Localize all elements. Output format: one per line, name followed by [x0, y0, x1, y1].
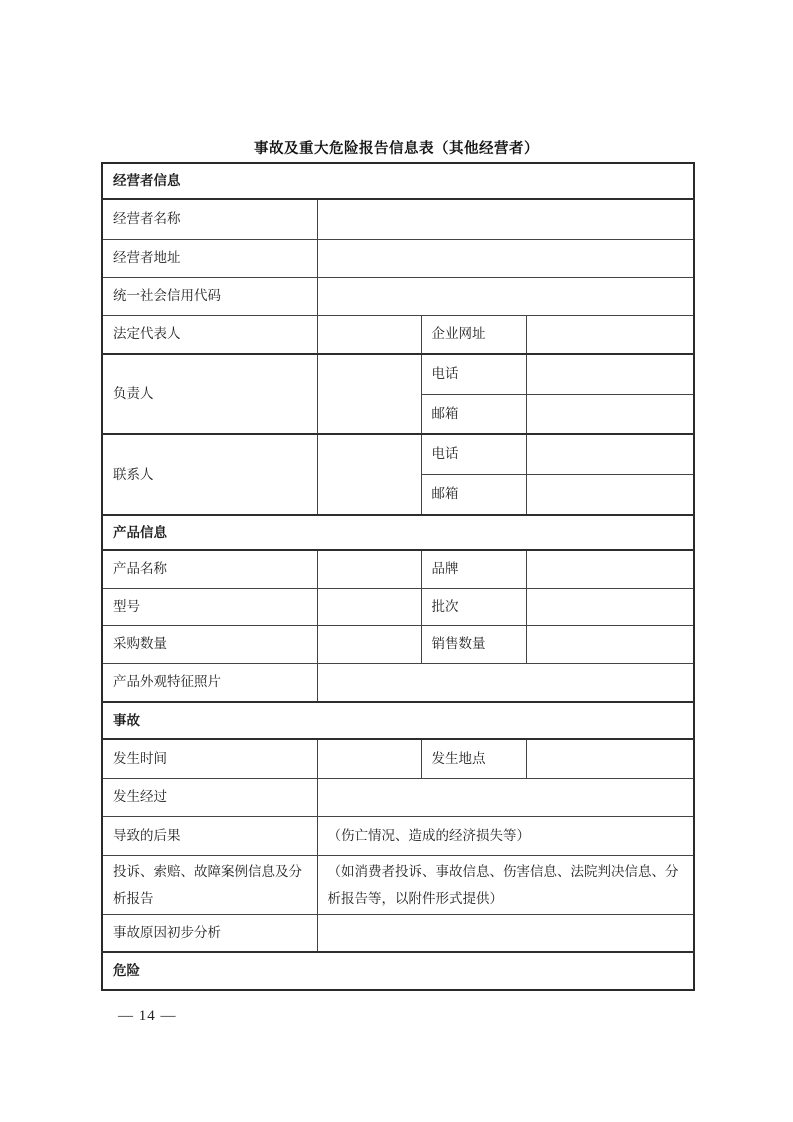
- product-photos-input[interactable]: [317, 663, 694, 702]
- accident-time-label: 发生时间: [102, 739, 317, 778]
- consequence-label: 导致的后果: [102, 816, 317, 855]
- accident-course-input[interactable]: [317, 778, 694, 816]
- model-label: 型号: [102, 588, 317, 625]
- website-label: 企业网址: [421, 315, 526, 354]
- manager-phone-input[interactable]: [526, 354, 694, 394]
- product-info-section-header: 产品信息: [102, 515, 694, 550]
- cases-info-label: 投诉、索赔、故障案例信息及分析报告: [102, 855, 317, 914]
- website-input[interactable]: [526, 315, 694, 354]
- accident-section-header: 事故: [102, 702, 694, 739]
- model-input[interactable]: [317, 588, 421, 625]
- cases-info-input[interactable]: （如消费者投诉、事故信息、伤害信息、法院判决信息、分析报告等，以附件形式提供）: [317, 855, 694, 914]
- operator-name-label: 经营者名称: [102, 199, 317, 239]
- batch-input[interactable]: [526, 588, 694, 625]
- hazard-section-header: 危险: [102, 952, 694, 990]
- manager-email-label: 邮箱: [421, 394, 526, 434]
- accident-location-label: 发生地点: [421, 739, 526, 778]
- operator-address-label: 经营者地址: [102, 239, 317, 277]
- page-number: — 14 —: [118, 1008, 177, 1025]
- accident-time-input[interactable]: [317, 739, 421, 778]
- manager-phone-label: 电话: [421, 354, 526, 394]
- manager-email-input[interactable]: [526, 394, 694, 434]
- purchase-qty-input[interactable]: [317, 625, 421, 663]
- credit-code-label: 统一社会信用代码: [102, 277, 317, 315]
- manager-label: 负责人: [102, 354, 317, 434]
- operator-address-input[interactable]: [317, 239, 694, 277]
- batch-label: 批次: [421, 588, 526, 625]
- consequence-input[interactable]: （伤亡情况、造成的经济损失等）: [317, 816, 694, 855]
- operator-info-section-header: 经营者信息: [102, 163, 694, 199]
- sales-qty-input[interactable]: [526, 625, 694, 663]
- legal-rep-label: 法定代表人: [102, 315, 317, 354]
- cause-analysis-input[interactable]: [317, 914, 694, 952]
- document-page: 事故及重大危险报告信息表（其他经营者） 经营者信息 经营者名称 经营者地址 统一…: [0, 0, 793, 1122]
- contact-email-input[interactable]: [526, 474, 694, 515]
- cause-analysis-label: 事故原因初步分析: [102, 914, 317, 952]
- product-name-label: 产品名称: [102, 550, 317, 588]
- product-photos-label: 产品外观特征照片: [102, 663, 317, 702]
- brand-input[interactable]: [526, 550, 694, 588]
- contact-input[interactable]: [317, 434, 421, 515]
- contact-email-label: 邮箱: [421, 474, 526, 515]
- operator-name-input[interactable]: [317, 199, 694, 239]
- report-form-table: 经营者信息 经营者名称 经营者地址 统一社会信用代码 法定代表人 企业网址: [101, 162, 695, 991]
- document-title: 事故及重大危险报告信息表（其他经营者）: [0, 137, 793, 158]
- contact-label: 联系人: [102, 434, 317, 515]
- legal-rep-input[interactable]: [317, 315, 421, 354]
- product-name-input[interactable]: [317, 550, 421, 588]
- accident-location-input[interactable]: [526, 739, 694, 778]
- contact-phone-input[interactable]: [526, 434, 694, 474]
- sales-qty-label: 销售数量: [421, 625, 526, 663]
- brand-label: 品牌: [421, 550, 526, 588]
- purchase-qty-label: 采购数量: [102, 625, 317, 663]
- contact-phone-label: 电话: [421, 434, 526, 474]
- accident-course-label: 发生经过: [102, 778, 317, 816]
- manager-input[interactable]: [317, 354, 421, 434]
- credit-code-input[interactable]: [317, 277, 694, 315]
